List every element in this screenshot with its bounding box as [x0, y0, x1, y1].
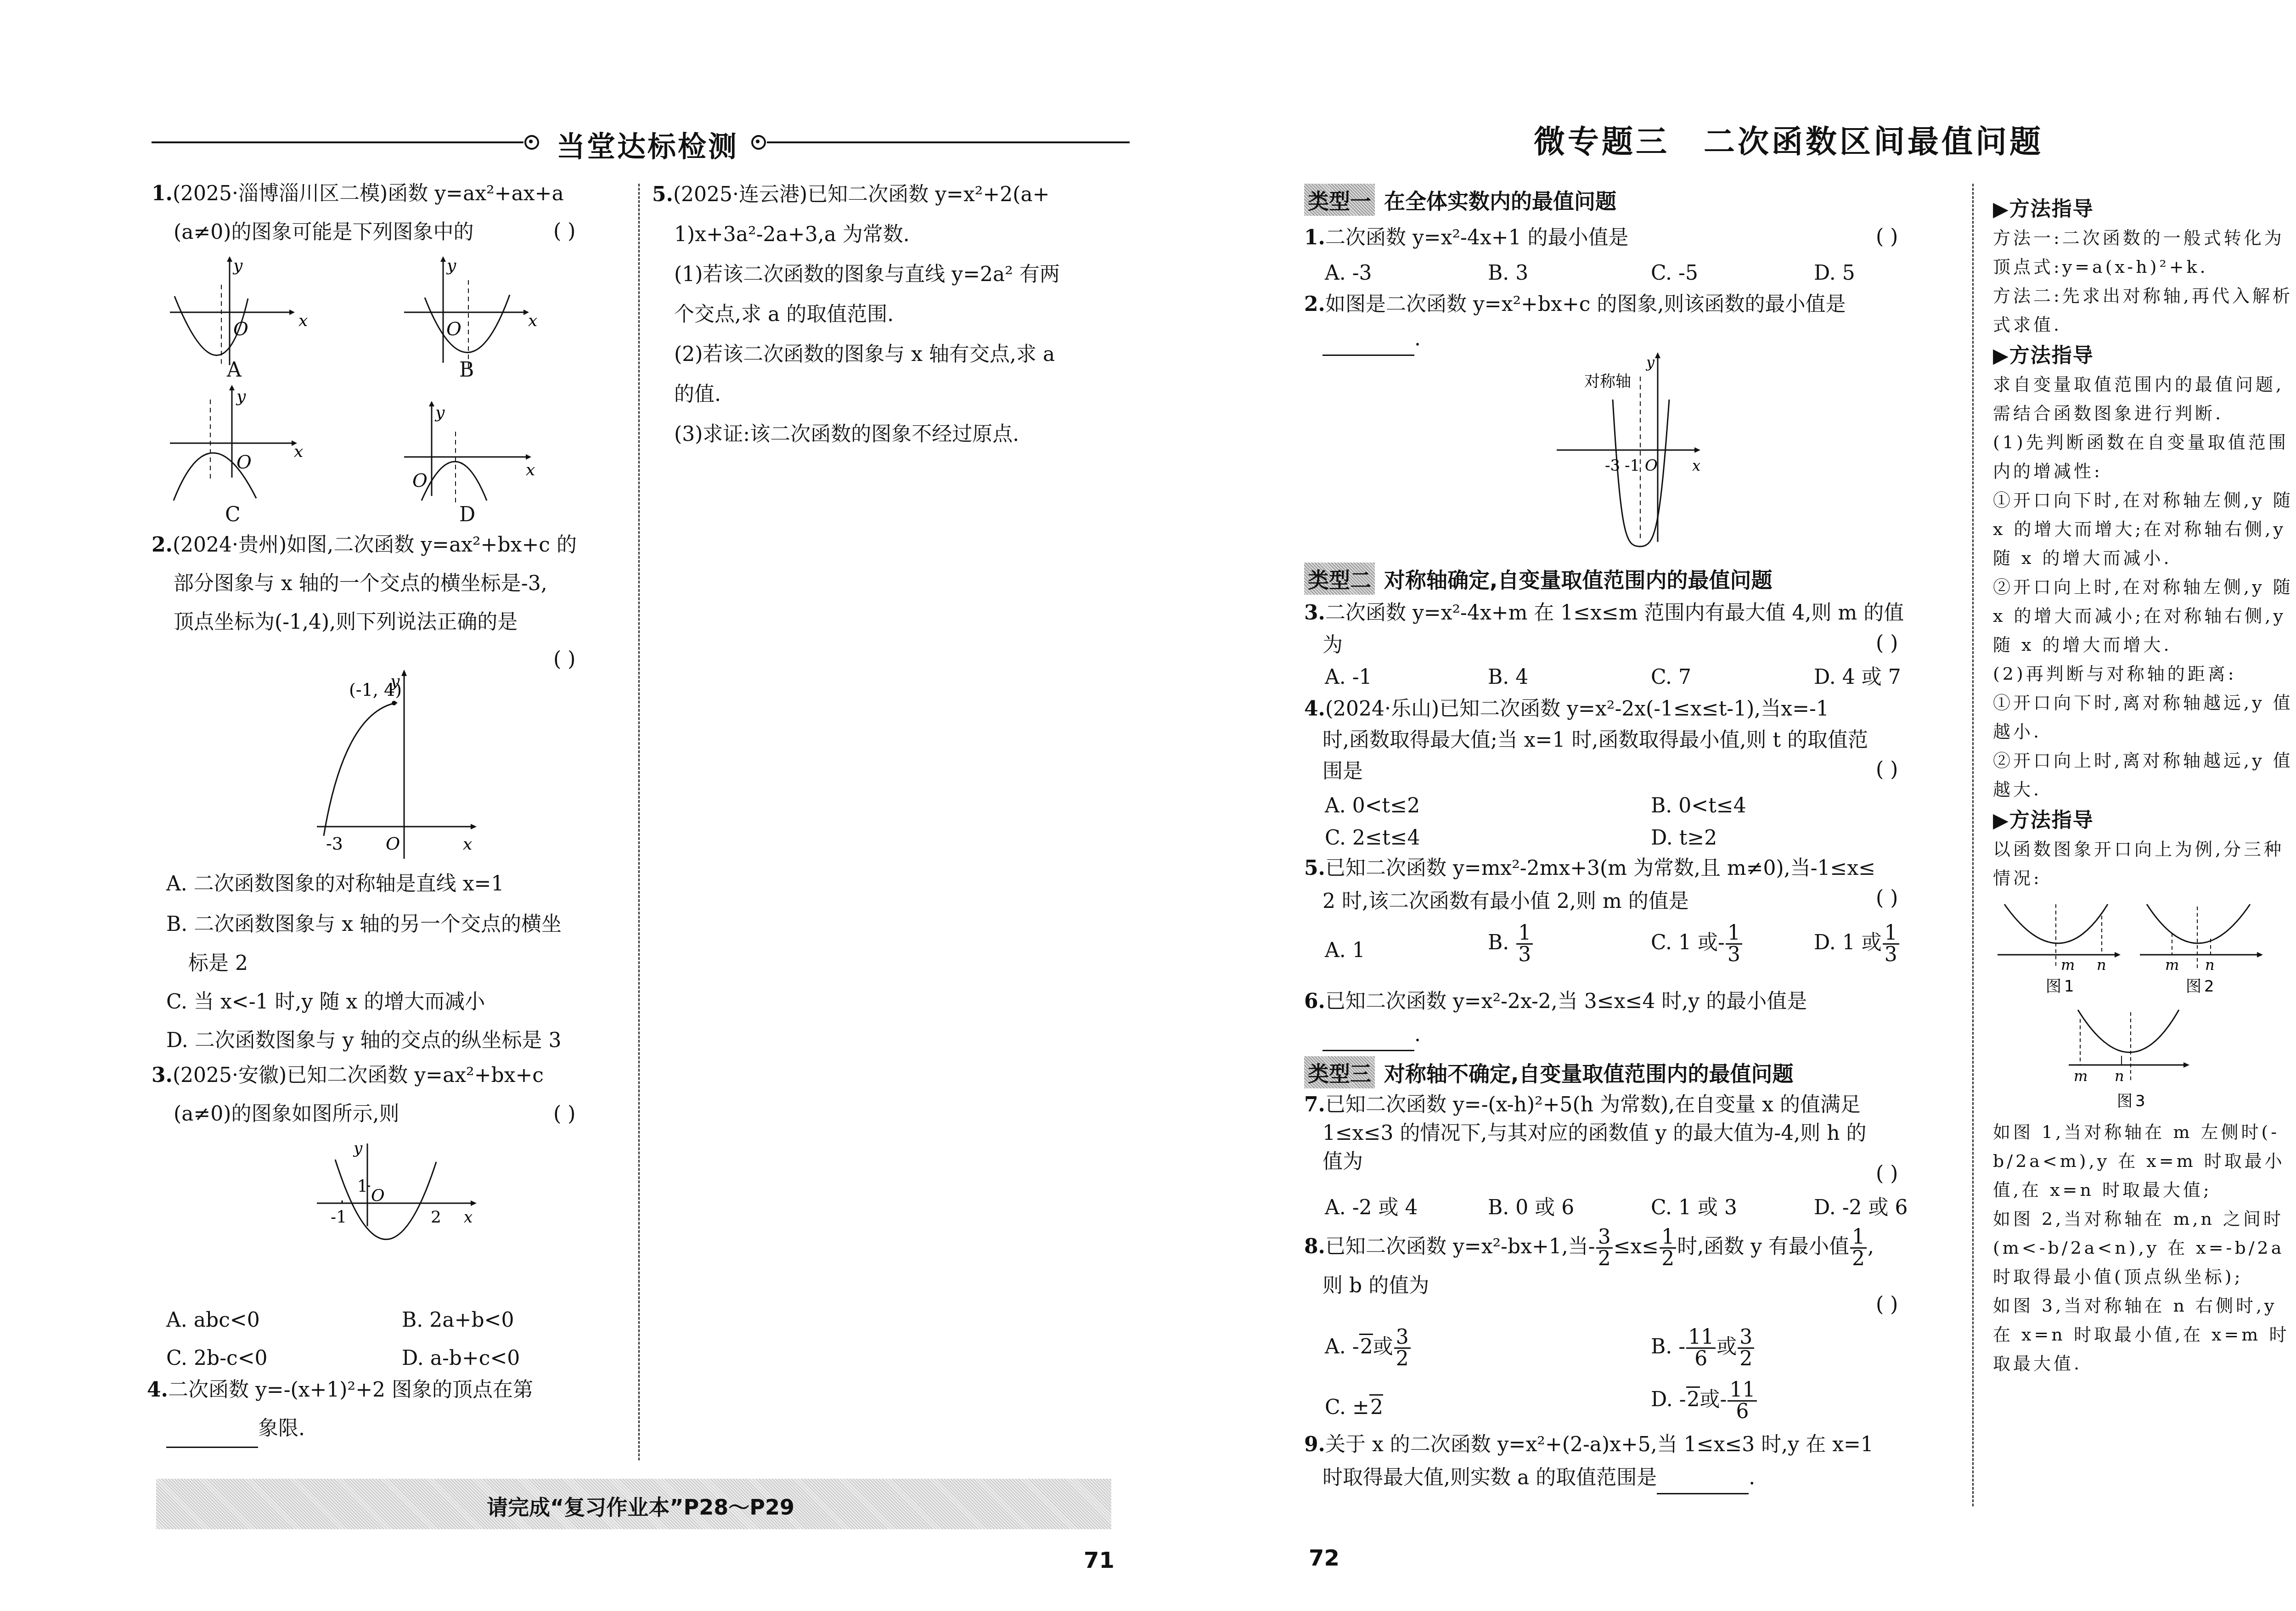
answer-blank[interactable]	[1657, 1475, 1749, 1494]
question-2: 2.(2024·贵州)如图,二次函数 y=ax²+bx+c 的 部分图象与 x …	[152, 526, 629, 642]
question-8: 8.已知二次函数 y=x²-bx+1,当-32≤x≤12时,函数 y 有最小值1…	[1304, 1222, 1965, 1300]
sub-question-2: (2)若该二次函数的图象与 x 轴有交点,求 a	[652, 334, 1134, 374]
section-tag: 类型三	[1304, 1056, 1375, 1088]
answer-bracket[interactable]: ( )	[553, 1102, 575, 1126]
method-text: 以函数图象开口向上为例,分三种情况:	[1993, 835, 2296, 893]
method-guide-heading: ▶方法指导	[1993, 195, 2296, 224]
method-text: (1)先判断函数在自变量取值范围内的增减性:	[1993, 428, 2296, 486]
svg-text:x: x	[1692, 457, 1700, 474]
question-text: 时,函数 y 有最小值	[1677, 1235, 1849, 1258]
question-text: 二次函数 y=x²-4x+m 在 1≤x≤m 范围内有最大值 4,则 m 的值	[1325, 601, 1904, 625]
question-number: 2.	[152, 533, 173, 557]
question-text: 部分图象与 x 轴的一个交点的横坐标是-3,	[152, 564, 629, 603]
question-text: 已知二次函数 y=x²-bx+1,当-	[1325, 1235, 1595, 1258]
svg-text:y: y	[434, 403, 445, 422]
question-5: 5.(2025·连云港)已知二次函数 y=x²+2(a+ 1)x+3a²-2a+…	[652, 175, 1134, 454]
question-text: 1≤x≤3 的情况下,与其对应的函数值 y 的最大值为-4,则 h 的	[1304, 1119, 1965, 1148]
svg-text:-1: -1	[331, 1208, 347, 1227]
sub-question-1: (1)若该二次函数的图象与直线 y=2a² 有两	[652, 254, 1134, 294]
option-d[interactable]: D. 4 或 7	[1814, 664, 1901, 691]
figure-option-c: O y x	[170, 388, 308, 503]
option-d[interactable]: D. 二次函数图象与 y 轴的交点的纵坐标是 3	[166, 1027, 562, 1054]
question-1: 1.二次函数 y=x²-4x+1 的最小值是	[1304, 220, 1965, 255]
svg-text:x: x	[528, 311, 537, 330]
option-b-cont: 标是 2	[188, 950, 248, 977]
option-c[interactable]: C. -5	[1651, 259, 1698, 287]
question-text: (2025·淄博淄川区二模)函数 y=ax²+ax+a	[173, 182, 564, 205]
answer-bracket[interactable]: ( )	[1876, 1162, 1898, 1185]
fraction-denominator: 2	[1660, 1249, 1676, 1269]
fraction-numerator: 1	[1850, 1227, 1867, 1249]
section-tag: 类型二	[1304, 563, 1375, 595]
option-a[interactable]: A. 1	[1325, 937, 1365, 964]
question-text: 时取得最大值,则实数 a 的取值范围是	[1322, 1466, 1657, 1489]
answer-bracket[interactable]: ( )	[1876, 631, 1898, 655]
option-a[interactable]: A. 二次函数图象的对称轴是直线 x=1	[166, 870, 504, 898]
svg-text:O: O	[1645, 456, 1658, 475]
question-7: 7.已知二次函数 y=-(x-h)²+5(h 为常数),在自变量 x 的值满足 …	[1304, 1091, 1965, 1176]
option-a[interactable]: A. -1	[1325, 664, 1372, 691]
option-b[interactable]: B. -116或32	[1651, 1327, 1755, 1369]
question-text: 象限.	[258, 1417, 305, 1440]
option-c[interactable]: C. 2b-c<0	[166, 1345, 268, 1372]
ring-ornament-icon	[751, 135, 766, 150]
svg-text:图1: 图1	[2046, 977, 2077, 996]
case-explanation-3: 如图 3,当对称轴在 n 右侧时,y 在 x=n 时取最小值,在 x=m 时取最…	[1993, 1291, 2296, 1378]
question-text: (2024·贵州)如图,二次函数 y=ax²+bx+c 的	[173, 533, 577, 557]
right-page: 微专题三 二次函数区间最值问题 类型一在全体实数内的最值问题 1.二次函数 y=…	[1171, 0, 2296, 1611]
svg-text:O: O	[412, 470, 428, 491]
question-4: 4.(2024·乐山)已知二次函数 y=x²-2x(-1≤x≤t-1),当x=-…	[1304, 693, 1965, 787]
answer-blank[interactable]	[1322, 336, 1414, 356]
question-number: 8.	[1304, 1235, 1325, 1258]
svg-text:x: x	[463, 835, 472, 854]
svg-text:y: y	[1645, 354, 1655, 371]
option-a[interactable]: A. abc<0	[166, 1307, 260, 1334]
question-text: (2024·乐山)已知二次函数 y=x²-2x(-1≤x≤t-1),当x=-1	[1325, 697, 1829, 721]
option-c[interactable]: C. 1 或-13	[1651, 923, 1743, 965]
fraction-denominator: 2	[1850, 1249, 1867, 1269]
header-rule-left	[152, 141, 523, 143]
svg-text:图2: 图2	[2186, 977, 2217, 996]
answer-bracket[interactable]: ( )	[1876, 758, 1898, 781]
question-text: 已知二次函数 y=-(x-h)²+5(h 为常数),在自变量 x 的值满足	[1325, 1093, 1861, 1116]
svg-text:y: y	[232, 256, 243, 275]
option-d[interactable]: D. -2 或 6	[1814, 1194, 1908, 1222]
option-c[interactable]: C. ±2	[1325, 1394, 1383, 1421]
question-number: 1.	[152, 182, 173, 205]
option-c[interactable]: C. 7	[1651, 664, 1691, 691]
answer-blank[interactable]	[1322, 1031, 1414, 1051]
section-title: 当堂达标检测	[551, 124, 744, 165]
svg-text:m: m	[2165, 956, 2182, 974]
question-text: 关于 x 的二次函数 y=x²+(2-a)x+5,当 1≤x≤3 时,y 在 x…	[1325, 1433, 1874, 1456]
method-text: ②开口向上时,在对称轴左侧,y 随 x 的增大而减小;在对称轴右侧,y 随 x …	[1993, 573, 2296, 659]
question-text: 时,函数取得最大值;当 x=1 时,函数取得最小值,则 t 的取值范	[1304, 725, 1965, 756]
question-9: 9.关于 x 的二次函数 y=x²+(2-a)x+5,当 1≤x≤3 时,y 在…	[1304, 1428, 1965, 1494]
method-guide-heading: ▶方法指导	[1993, 341, 2296, 370]
method-text: ①开口向下时,离对称轴越远,y 值越小.	[1993, 688, 2296, 746]
homework-reminder-banner: 请完成“复习作业本”P28～P29	[156, 1479, 1111, 1529]
case-explanation-2: 如图 2,当对称轴在 m,n 之间时(m<-b/2a<n),y 在 x=-b/2…	[1993, 1205, 2296, 1291]
question-text: 1)x+3a²-2a+3,a 为常数.	[652, 214, 1134, 254]
svg-text:O: O	[446, 319, 461, 340]
svg-text:对称轴: 对称轴	[1584, 372, 1631, 391]
answer-bracket[interactable]: ( )	[1876, 886, 1898, 910]
figure-option-b: O y x	[404, 257, 542, 367]
svg-text:-1: -1	[1625, 456, 1640, 475]
section-type-2: 类型二对称轴确定,自变量取值范围内的最值问题	[1304, 563, 1772, 595]
question-number: 1.	[1304, 226, 1325, 249]
section-tag: 类型一	[1304, 184, 1375, 216]
fraction-numerator: 3	[1596, 1227, 1613, 1249]
column-divider	[1972, 184, 1974, 1506]
answer-bracket[interactable]: ( )	[1876, 1293, 1898, 1316]
option-b[interactable]: B. 2a+b<0	[402, 1307, 514, 1334]
option-b[interactable]: B. 0<t≤4	[1651, 792, 1746, 820]
fraction-denominator: 2	[1596, 1249, 1613, 1269]
answer-bracket[interactable]: ( )	[553, 648, 575, 671]
answer-bracket[interactable]: ( )	[1876, 225, 1898, 248]
method-guide-sidebar: ▶方法指导 方法一:二次函数的一般式转化为顶点式:y=a(x-h)²+k. 方法…	[1993, 193, 2296, 1378]
figure-label: C	[225, 503, 241, 526]
section-title: 在全体实数内的最值问题	[1384, 189, 1616, 214]
question-text: 顶点坐标为(-1,4),则下列说法正确的是	[152, 603, 629, 642]
option-a[interactable]: A. -2或32	[1325, 1327, 1412, 1369]
column-divider	[638, 184, 640, 1460]
svg-text:O: O	[236, 452, 252, 473]
svg-text:y: y	[236, 387, 246, 406]
option-c[interactable]: C. 当 x<-1 时,y 随 x 的增大而减小	[166, 988, 485, 1016]
page-number: 72	[1309, 1545, 1339, 1571]
question-5: 5.已知二次函数 y=mx²-2mx+3(m 为常数,且 m≠0),当-1≤x≤…	[1304, 852, 1965, 918]
option-a[interactable]: A. 0<t≤2	[1325, 792, 1420, 820]
homework-reminder-text: 请完成“复习作业本”P28～P29	[487, 1491, 794, 1521]
option-a[interactable]: A. -2 或 4	[1325, 1194, 1418, 1222]
question-4: 4.二次函数 y=-(x+1)²+2 图象的顶点在第 象限.	[147, 1371, 634, 1448]
question-number: 5.	[1304, 856, 1325, 880]
question-text: 如图是二次函数 y=x²+bx+c 的图象,则该函数的最小值是	[1325, 293, 1846, 316]
figure-label: D	[459, 503, 475, 526]
question-number: 7.	[1304, 1093, 1325, 1116]
sub-question-1-cont: 个交点,求 a 的取值范围.	[652, 294, 1134, 334]
answer-bracket[interactable]: ( )	[553, 220, 575, 243]
section-type-1: 类型一在全体实数内的最值问题	[1304, 184, 1616, 216]
question-number: 3.	[1304, 601, 1325, 625]
figure-option-a: O y x	[170, 257, 308, 367]
page-number: 71	[1084, 1548, 1114, 1573]
figure-label: B	[459, 358, 474, 382]
question-number: 6.	[1304, 990, 1325, 1013]
option-b[interactable]: B. 4	[1488, 664, 1528, 691]
svg-text:图3: 图3	[2117, 1092, 2148, 1110]
svg-text:-3: -3	[326, 834, 343, 854]
svg-text:m: m	[2074, 1067, 2090, 1085]
page-title: 微专题三 二次函数区间最值问题	[1534, 117, 2043, 162]
svg-text:n: n	[2115, 1067, 2127, 1085]
option-c[interactable]: C. 2≤t≤4	[1325, 824, 1420, 852]
option-b[interactable]: B. 二次函数图象与 x 轴的另一个交点的横坐	[166, 911, 562, 938]
method-guide-heading: ▶方法指导	[1993, 806, 2296, 835]
question-number: 2.	[1304, 293, 1325, 316]
question-text: 围是	[1304, 756, 1965, 787]
svg-text:O: O	[233, 319, 248, 340]
question-2: 2.如图是二次函数 y=x²+bx+c 的图象,则该函数的最小值是 .	[1304, 287, 1965, 356]
method-text: 求自变量取值范围内的最值问题,需结合函数图象进行判断.	[1993, 370, 2296, 428]
figure-question-2: 对称轴 -3 -1 O x y	[1557, 354, 1713, 551]
svg-text:O: O	[371, 1186, 385, 1205]
figure-label: A	[227, 358, 242, 382]
section-type-3: 类型三对称轴不确定,自变量取值范围内的最值问题	[1304, 1056, 1793, 1088]
sub-question-2-cont: 的值.	[652, 374, 1134, 414]
header-rule-right	[767, 141, 1130, 143]
svg-text:x: x	[464, 1208, 473, 1227]
svg-text:y: y	[389, 672, 400, 691]
case-explanation-1: 如图 1,当对称轴在 m 左侧时(-b/2a<m),y 在 x=m 时取最小值,…	[1993, 1118, 2296, 1205]
question-text: 已知二次函数 y=x²-2x-2,当 3≤x≤4 时,y 的最小值是	[1325, 990, 1807, 1013]
method-text: (2)再判断与对称轴的距离:	[1993, 659, 2296, 688]
option-b[interactable]: B. 3	[1488, 259, 1528, 287]
option-b[interactable]: B. 0 或 6	[1488, 1194, 1574, 1222]
question-text: 二次函数 y=x²-4x+1 的最小值是	[1325, 226, 1629, 249]
question-number: 4.	[1304, 697, 1325, 721]
question-3: 3.二次函数 y=x²-4x+m 在 1≤x≤m 范围内有最大值 4,则 m 的…	[1304, 597, 1965, 661]
option-b[interactable]: B. 13	[1488, 923, 1534, 965]
method-text: 方法一:二次函数的一般式转化为顶点式:y=a(x-h)²+k.	[1993, 224, 2296, 282]
question-number: 9.	[1304, 1433, 1325, 1456]
figure-option-d: O y x	[404, 404, 542, 510]
option-a[interactable]: A. -3	[1325, 259, 1372, 287]
method-text: ②开口向上时,离对称轴越远,y 值越大.	[1993, 746, 2296, 804]
question-number: 3.	[152, 1064, 173, 1087]
svg-text:1: 1	[357, 1177, 368, 1196]
svg-text:n: n	[2097, 956, 2109, 974]
question-text: (2025·安徽)已知二次函数 y=ax²+bx+c	[173, 1064, 544, 1087]
question-text: (2025·连云港)已知二次函数 y=x²+2(a+	[673, 183, 1050, 206]
question-text: 为	[1304, 629, 1965, 661]
figure-question-2: (-1, 4) -3 O x y	[317, 675, 491, 859]
option-d[interactable]: D. -2或-116	[1651, 1380, 1758, 1422]
svg-text:x: x	[526, 461, 535, 479]
method-text: 方法二:先求出对称轴,再代入解析式求值.	[1993, 282, 2296, 339]
question-text: ≤x≤	[1614, 1235, 1659, 1258]
question-text: 值为	[1304, 1148, 1965, 1176]
section-title: 对称轴不确定,自变量取值范围内的最值问题	[1384, 1061, 1793, 1086]
svg-text:2: 2	[431, 1208, 441, 1227]
svg-text:m: m	[2061, 956, 2077, 974]
section-title: 对称轴确定,自变量取值范围内的最值问题	[1384, 568, 1772, 592]
question-6: 6.已知二次函数 y=x²-2x-2,当 3≤x≤4 时,y 的最小值是 .	[1304, 985, 1965, 1051]
option-d[interactable]: D. 1 或13	[1814, 923, 1900, 965]
svg-text:y: y	[446, 256, 456, 275]
option-d[interactable]: D. 5	[1814, 259, 1855, 287]
svg-text:x: x	[298, 311, 308, 330]
ring-ornament-icon	[524, 135, 539, 150]
svg-text:y: y	[353, 1139, 363, 1158]
question-text: 2 时,该二次函数有最小值 2,则 m 的值是	[1304, 885, 1965, 918]
question-text: 则 b 的值为	[1304, 1272, 1965, 1300]
method-text: ①开口向下时,在对称轴左侧,y 随 x 的增大而增大;在对称轴右侧,y 随 x …	[1993, 486, 2296, 573]
question-number: 5.	[652, 183, 673, 206]
fraction-numerator: 1	[1660, 1227, 1676, 1249]
sub-question-3: (3)求证:该二次函数的图象不经过原点.	[652, 414, 1134, 454]
left-page: 当堂达标检测 1.(2025·淄博淄川区二模)函数 y=ax²+ax+a (a≠…	[0, 0, 1171, 1611]
option-d[interactable]: D. a-b+c<0	[402, 1345, 520, 1372]
svg-text:x: x	[294, 442, 303, 461]
option-d[interactable]: D. t≥2	[1651, 824, 1717, 852]
figure-question-3: -1 2 1 O x y	[312, 1143, 478, 1277]
option-c[interactable]: C. 1 或 3	[1651, 1194, 1737, 1222]
question-number: 4.	[147, 1378, 168, 1402]
question-text: 二次函数 y=-(x+1)²+2 图象的顶点在第	[168, 1378, 533, 1402]
question-text: 已知二次函数 y=mx²-2mx+3(m 为常数,且 m≠0),当-1≤x≤	[1325, 856, 1875, 880]
svg-text:n: n	[2205, 956, 2217, 974]
case-figures: m n 图1 m n 图2 m n 图3	[1993, 893, 2296, 1122]
question-text: (a≠0)的图象可能是下列图象中的	[174, 220, 473, 244]
question-text: ,	[1868, 1235, 1874, 1258]
svg-text:-3: -3	[1605, 456, 1620, 475]
answer-blank[interactable]	[166, 1428, 258, 1448]
section-header: 当堂达标检测	[152, 124, 1130, 161]
svg-text:O: O	[386, 834, 400, 854]
